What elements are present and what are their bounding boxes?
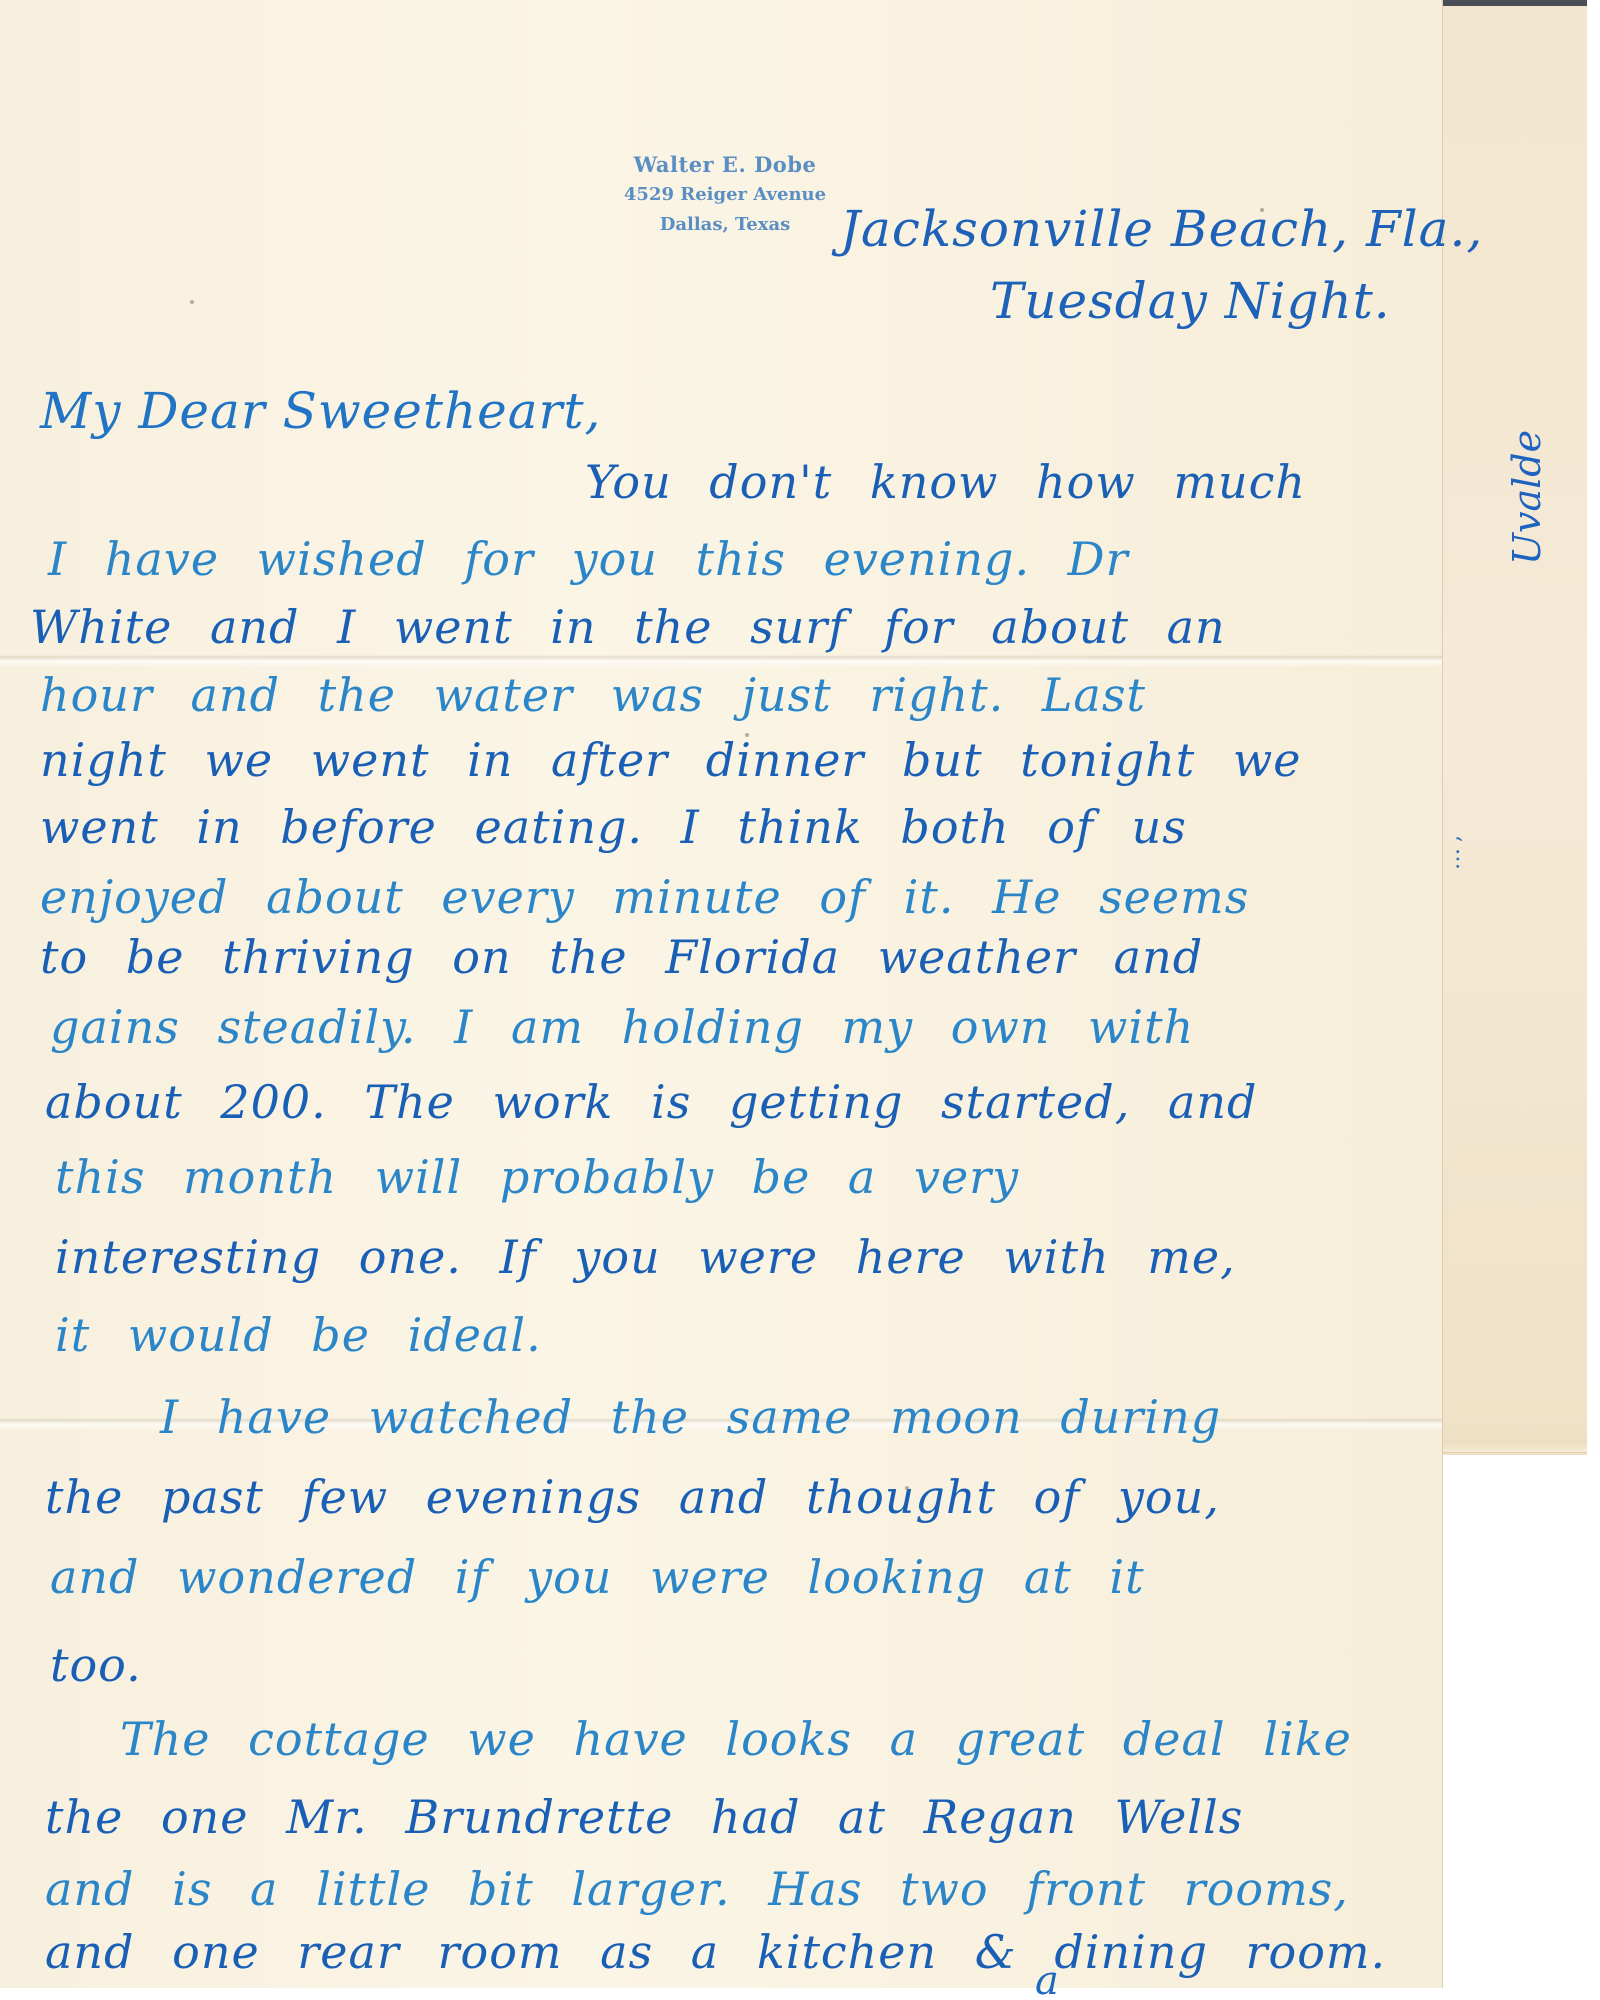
- back-sheet-edge-text: …,: [1440, 330, 1462, 870]
- body-line: enjoyed about every minute of it. He see…: [40, 870, 1249, 924]
- body-line: went in before eating. I think both of u…: [40, 800, 1187, 854]
- back-sheet-rotated-text: Uvalde: [1505, 345, 1565, 565]
- body-line: too.: [50, 1638, 142, 1692]
- paper-speck: [905, 1486, 909, 1490]
- body-line: gains steadily. I am holding my own with: [50, 1000, 1194, 1054]
- letterhead: Walter E. Dobe 4529 Reiger Avenue Dallas…: [600, 150, 850, 240]
- body-line: and wondered if you were looking at it: [50, 1550, 1145, 1604]
- heading-date: Tuesday Night.: [990, 272, 1391, 330]
- letterhead-name: Walter E. Dobe: [600, 150, 850, 180]
- body-line: night we went in after dinner but tonigh…: [40, 733, 1302, 787]
- body-line: it would be ideal.: [55, 1308, 542, 1362]
- body-line: this month will probably be a very: [55, 1150, 1019, 1204]
- letter-page: Walter E. Dobe 4529 Reiger Avenue Dallas…: [0, 0, 1443, 1988]
- body-line: interesting one. If you were here with m…: [55, 1230, 1236, 1284]
- body-line: and is a little bit larger. Has two fron…: [45, 1862, 1349, 1916]
- salutation: My Dear Sweetheart,: [40, 382, 601, 440]
- back-sheet-bottom-edge: [1442, 1440, 1587, 1453]
- body-line: to be thriving on the Florida weather an…: [40, 930, 1203, 984]
- letterhead-address: 4529 Reiger Avenue: [600, 180, 850, 210]
- body-line: about 200. The work is getting started, …: [45, 1075, 1257, 1129]
- body-line: The cottage we have looks a great deal l…: [120, 1712, 1352, 1766]
- letterhead-city: Dallas, Texas: [600, 210, 850, 240]
- body-line: I have wished for you this evening. Dr: [48, 532, 1129, 586]
- body-line: hour and the water was just right. Last: [40, 668, 1146, 722]
- paper-speck: [1260, 208, 1264, 212]
- body-line: and one rear room as a kitchen & dining …: [45, 1925, 1386, 1979]
- body-line: the one Mr. Brundrette had at Regan Well…: [45, 1790, 1243, 1844]
- body-line: I have watched the same moon during: [160, 1390, 1221, 1444]
- paper-speck: [745, 733, 749, 737]
- paper-speck: [190, 300, 194, 304]
- cut-off-text: a: [1035, 1958, 1059, 2000]
- body-line: White and I went in the surf for about a…: [30, 600, 1226, 654]
- heading-place: Jacksonville Beach, Fla.,: [840, 200, 1483, 258]
- body-line: You don't know how much: [585, 455, 1306, 509]
- body-line: the past few evenings and thought of you…: [45, 1470, 1220, 1524]
